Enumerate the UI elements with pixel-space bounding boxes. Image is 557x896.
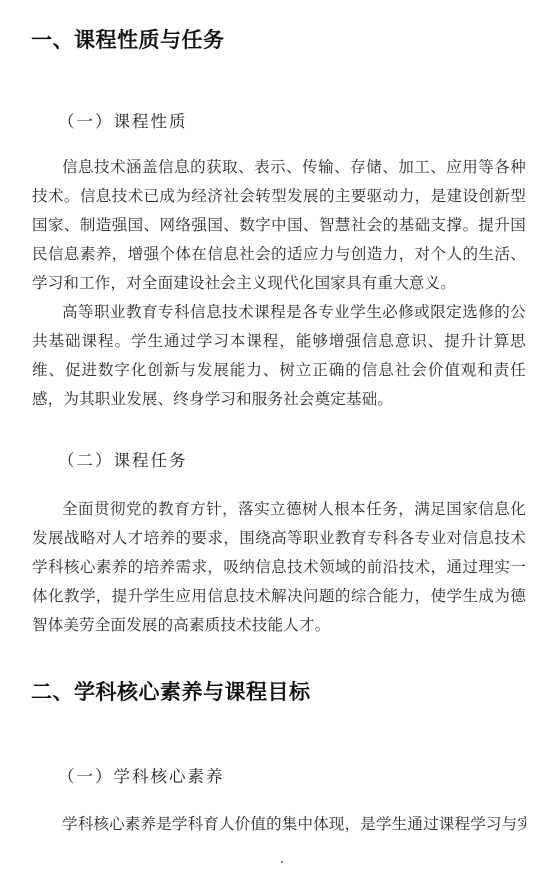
section-heading-2: 二、学科核心素养与课程目标 [31,676,311,706]
subsection-heading-1-1: （一）课程性质 [58,108,188,132]
paragraph-core-literacy: 学科核心素养是学科育人价值的集中体现，是学生通过课程学习与实践所掌 [32,810,526,839]
paragraph-course-task: 全面贯彻党的教育方针，落实立德树人根本任务，满足国家信息化发展战略对人才培养的要… [32,495,526,640]
section-heading-1: 一、课程性质与任务 [31,24,225,54]
page-marker [281,861,283,863]
paragraph-course-nature-1: 信息技术涵盖信息的获取、表示、传输、存储、加工、应用等各种技术。信息技术已成为经… [32,153,526,298]
paragraph-course-nature-2: 高等职业教育专科信息技术课程是各专业学生必修或限定选修的公共基础课程。学生通过学… [32,298,526,414]
subsection-heading-1-2: （二）课程任务 [58,447,188,471]
subsection-heading-2-1: （一）学科核心素养 [58,763,225,787]
